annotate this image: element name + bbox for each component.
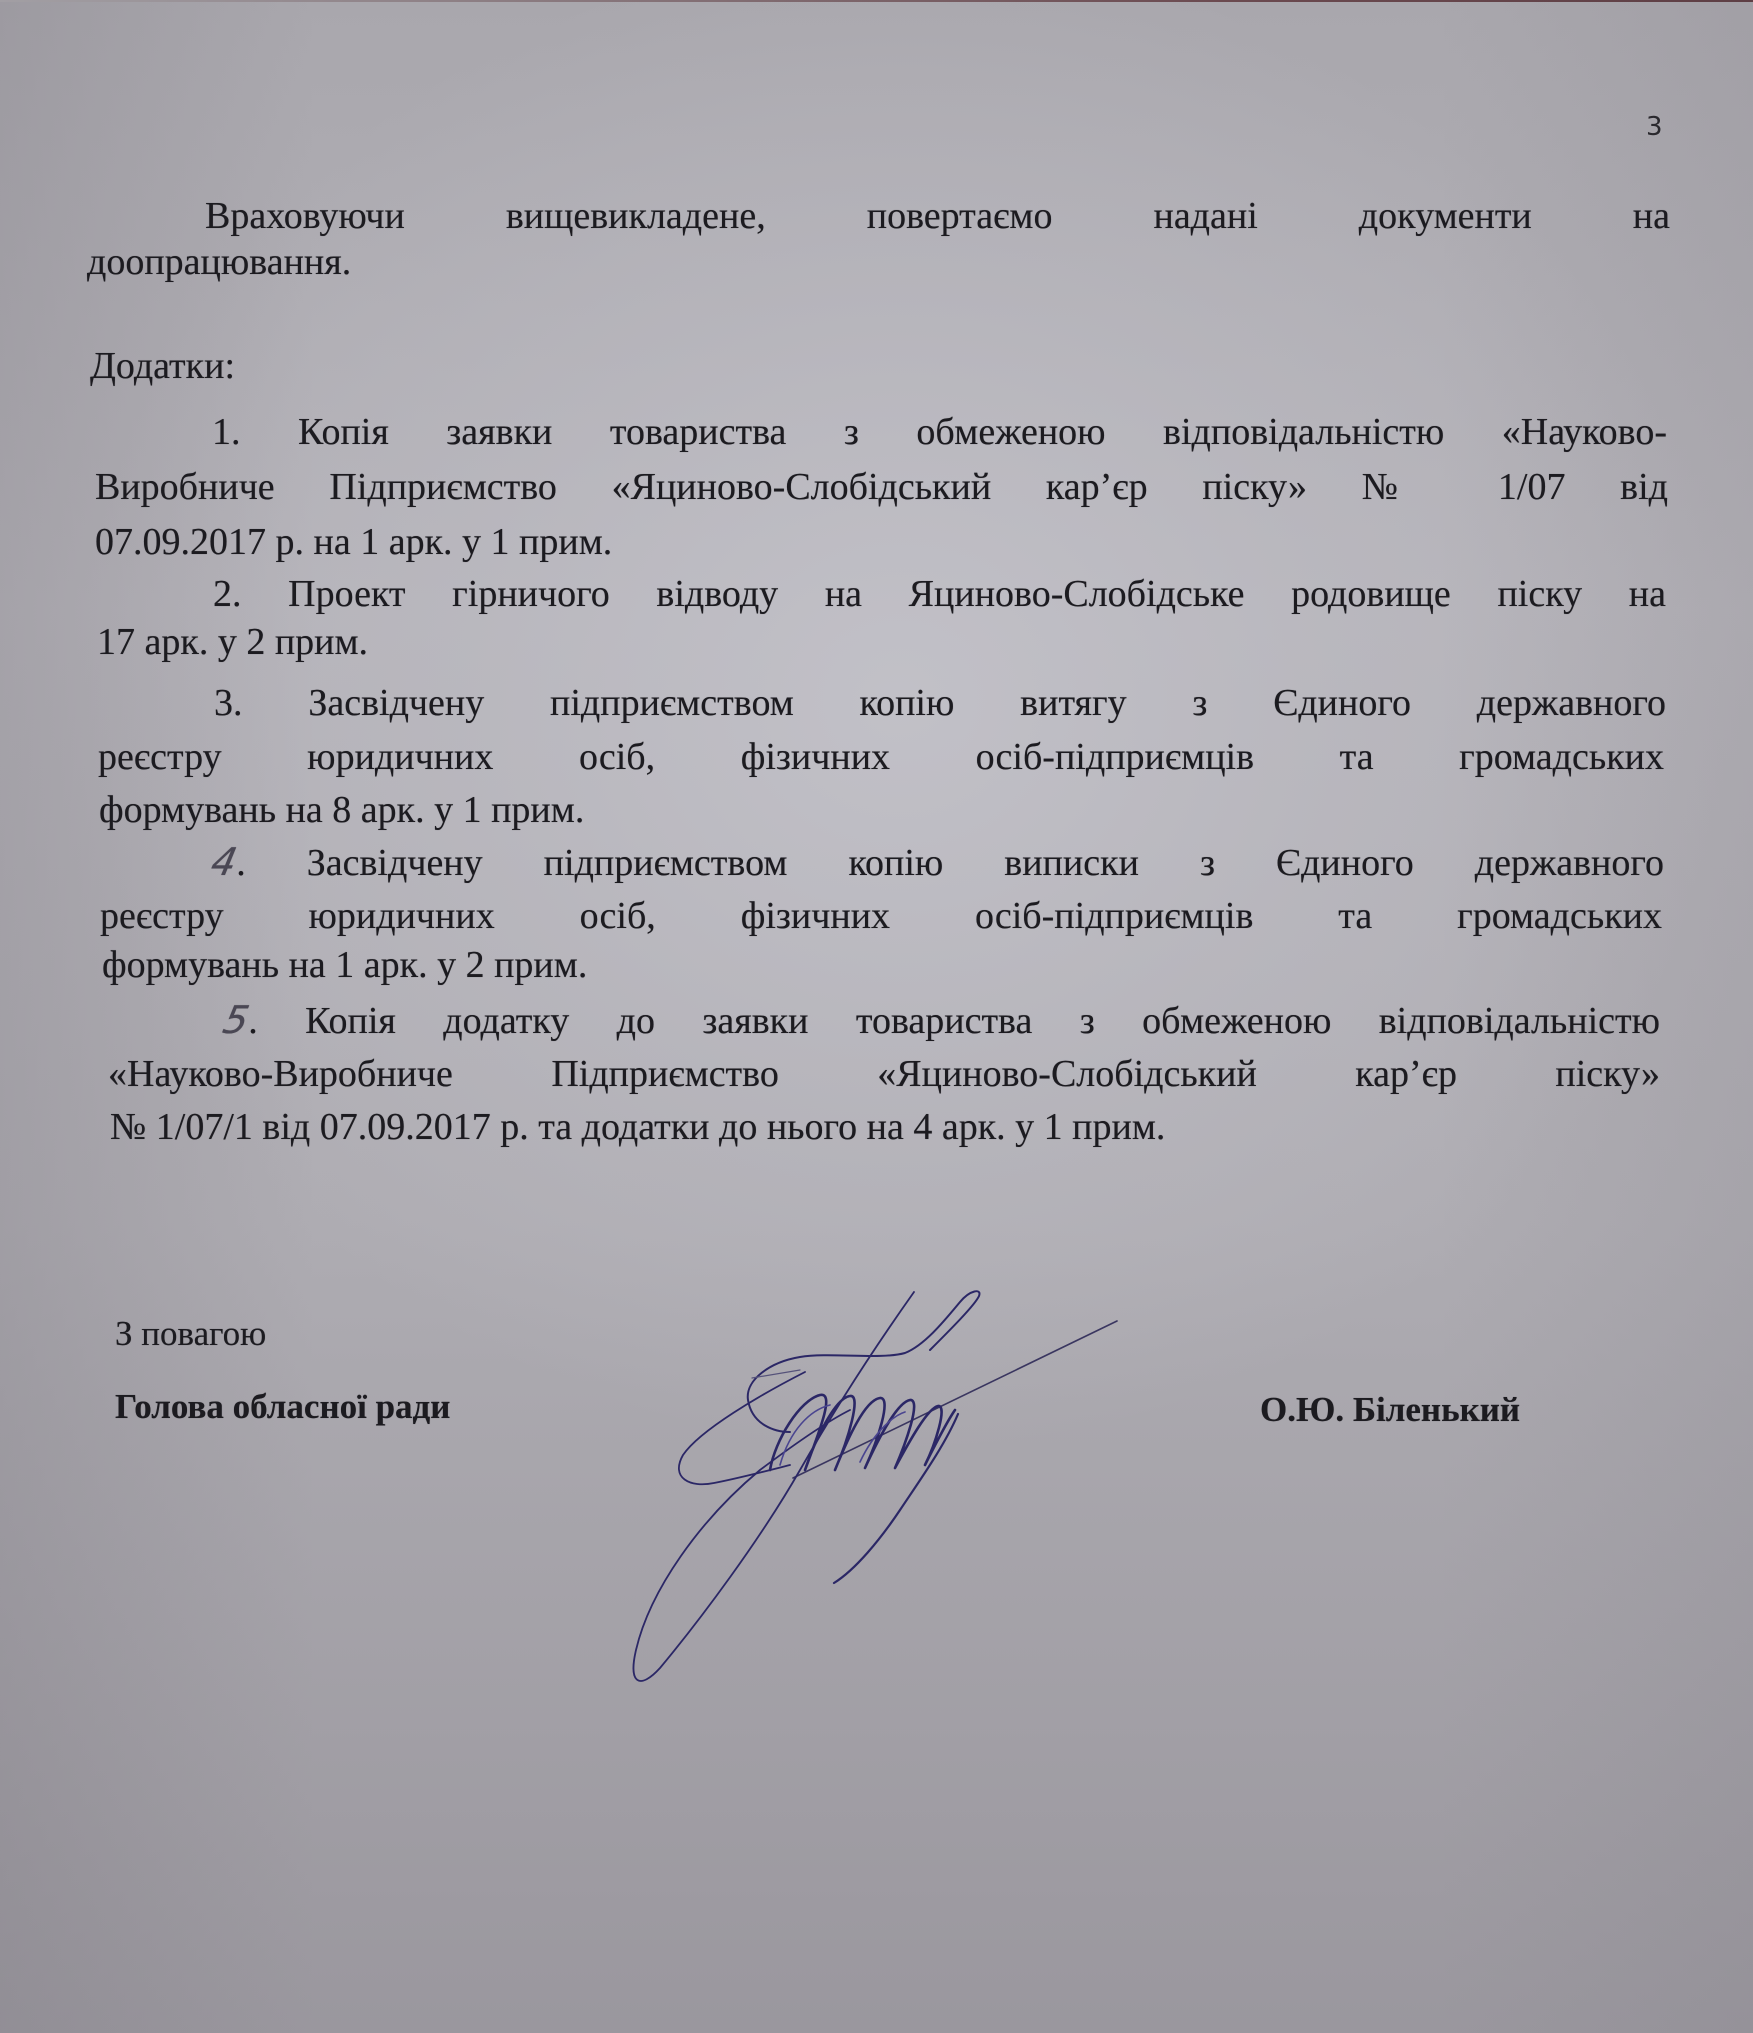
attachment-1-line-1: 1. Копія заявки товариства з обмеженою в… [212, 410, 1667, 454]
handwritten-signature [600, 1270, 1160, 1700]
attachment-2-text: Проект гірничого відводу на Яциново-Слоб… [288, 573, 1666, 615]
attachment-3-text: Засвідчену підприємством копію витягу з … [308, 682, 1666, 724]
attachment-5-line-2: «Науково-Виробниче Підприємство «Яциново… [108, 1052, 1660, 1096]
attachment-1-number: 1. [212, 411, 241, 453]
intro-line-1: Враховуючи вищевикладене, повертаємо над… [205, 194, 1670, 238]
attachment-1-line-2: Виробниче Підприємство «Яциново-Слобідсь… [95, 465, 1668, 509]
page-number: 3 [1646, 112, 1663, 142]
signatory-title: Голова обласної ради [115, 1385, 450, 1429]
document-page: 3 Враховуючи вищевикладене, повертаємо н… [0, 0, 1753, 2033]
attachment-3-line-1: 3. Засвідчену підприємством копію витягу… [214, 681, 1666, 725]
attachment-3-line-3: формувань на 8 арк. у 1 прим. [99, 788, 584, 832]
intro-line-2: доопрацювання. [87, 240, 351, 284]
attachment-3-line-2: реєстру юридичних осіб, фізичних осіб-пі… [98, 735, 1664, 779]
attachment-5-line-1: 5. Копія додатку до заявки товариства з … [224, 998, 1660, 1043]
attachment-2-number: 2. [213, 573, 242, 615]
attachment-4-line-1: 4. Засвідчену підприємством копію виписк… [212, 840, 1664, 885]
attachment-5-line-3: № 1/07/1 від 07.09.2017 р. та додатки до… [110, 1105, 1165, 1149]
closing-text: З повагою [115, 1312, 266, 1356]
attachment-2-line-2: 17 арк. у 2 прим. [97, 620, 368, 664]
attachment-5-text: . Копія додатку до заявки товариства з о… [248, 1000, 1660, 1042]
attachment-3-number: 3. [214, 682, 243, 724]
attachment-4-line-3: формувань на 1 арк. у 2 прим. [102, 943, 587, 987]
attachment-2-line-1: 2. Проект гірничого відводу на Яциново-С… [213, 572, 1666, 616]
attachment-4-text: . Засвідчену підприємством копію виписки… [236, 842, 1664, 884]
attachment-1-line-3: 07.09.2017 р. на 1 арк. у 1 прим. [95, 520, 612, 564]
signatory-name: О.Ю. Біленький [1260, 1388, 1520, 1432]
attachment-1-text: Копія заявки товариства з обмеженою відп… [298, 411, 1667, 453]
attachments-heading: Додатки: [90, 344, 235, 388]
attachment-4-line-2: реєстру юридичних осіб, фізичних осіб-пі… [100, 894, 1662, 938]
